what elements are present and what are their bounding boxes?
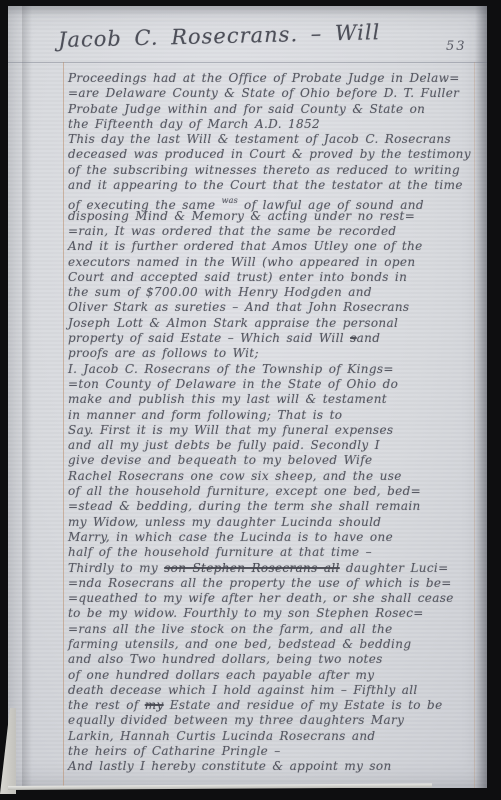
manuscript-body: Proceedings had at the Office of Probate… — [68, 71, 480, 775]
manuscript-line: =queathed to my wife after her death, or… — [68, 591, 480, 606]
manuscript-line: =are Delaware County & State of Ohio bef… — [68, 86, 480, 101]
left-margin-line — [63, 62, 64, 788]
manuscript-line: Court and accepted said trust) enter int… — [68, 270, 480, 285]
manuscript-line: and it appearing to the Court that the t… — [68, 178, 480, 193]
manuscript-line: the sum of $700.00 with Henry Hodgden an… — [68, 285, 480, 300]
manuscript-line: =nda Rosecrans all the property the use … — [68, 576, 480, 591]
manuscript-line: to be my widow. Fourthly to my son Steph… — [68, 606, 480, 621]
gutter-crease — [22, 6, 32, 788]
manuscript-line: And lastly I hereby constitute & appoint… — [68, 759, 480, 774]
manuscript-line: of executing the same was of lawful age … — [68, 193, 480, 208]
manuscript-line: executors named in the Will (who appeare… — [68, 255, 480, 270]
manuscript-line: =rans all the live stock on the farm, an… — [68, 622, 480, 637]
manuscript-line: Proceedings had at the Office of Probate… — [68, 71, 480, 86]
manuscript-line: in manner and form following; That is to — [68, 408, 480, 423]
manuscript-line: Say. First it is my Will that my funeral… — [68, 423, 480, 438]
manuscript-line: equally divided between my three daughte… — [68, 713, 480, 728]
page-number: 53 — [446, 39, 467, 54]
manuscript-line: of one hundred dollars each payable afte… — [68, 668, 480, 683]
manuscript-line: =stead & bedding, during the term she sh… — [68, 499, 480, 514]
manuscript-line: Joseph Lott & Almon Stark appraise the p… — [68, 316, 480, 331]
manuscript-line: the rest of my Estate and residue of my … — [68, 698, 480, 713]
manuscript-line: the Fifteenth day of March A.D. 1852 — [68, 117, 480, 132]
manuscript-line: =rain, It was ordered that the same be r… — [68, 224, 480, 239]
manuscript-line: Thirdly to my son Stephen Rosecrans all … — [68, 561, 480, 576]
manuscript-line: the heirs of Catharine Pringle – — [68, 744, 480, 759]
manuscript-line: Marry, in which case the Lucinda is to h… — [68, 530, 480, 545]
manuscript-line: farming utensils, and one bed, bedstead … — [68, 637, 480, 652]
header-rule — [8, 62, 487, 63]
manuscript-line: proofs are as follows to Wit; — [68, 346, 480, 361]
book-page: Jacob C. Rosecrans. – Will 53 Proceeding… — [8, 6, 487, 788]
manuscript-line: Larkin, Hannah Curtis Lucinda Rosecrans … — [68, 729, 480, 744]
manuscript-line: property of said Estate – Which said Wil… — [68, 331, 480, 346]
manuscript-line: I. Jacob C. Rosecrans of the Township of… — [68, 362, 480, 377]
manuscript-line: make and publish this my last will & tes… — [68, 392, 480, 407]
manuscript-line: And it is further ordered that Amos Utle… — [68, 239, 480, 254]
manuscript-line: This day the last Will & testament of Ja… — [68, 132, 480, 147]
manuscript-line: give devise and bequeath to my beloved W… — [68, 453, 480, 468]
manuscript-line: =ton County of Delaware in the State of … — [68, 377, 480, 392]
manuscript-line: my Widow, unless my daughter Lucinda sho… — [68, 515, 480, 530]
manuscript-line: and all my just debts be fully paid. Sec… — [68, 438, 480, 453]
manuscript-line: death decease which I hold against him –… — [68, 683, 480, 698]
scanned-document-photo: Jacob C. Rosecrans. – Will 53 Proceeding… — [0, 0, 501, 800]
manuscript-line: of the subscribing witnesses thereto as … — [68, 163, 480, 178]
manuscript-line: half of the household furniture at that … — [68, 545, 480, 560]
manuscript-line: Oliver Stark as sureties – And that John… — [68, 300, 480, 315]
top-edge-shadow — [8, 6, 487, 16]
page-title: Jacob C. Rosecrans. – Will — [58, 20, 388, 52]
manuscript-line: deceased was produced in Court & proved … — [68, 147, 480, 162]
manuscript-line: Probate Judge within and for said County… — [68, 102, 480, 117]
manuscript-line: Rachel Rosecrans one cow six sheep, and … — [68, 469, 480, 484]
manuscript-line: and also Two hundred dollars, being two … — [68, 652, 480, 667]
manuscript-line: of all the household furniture, except o… — [68, 484, 480, 499]
